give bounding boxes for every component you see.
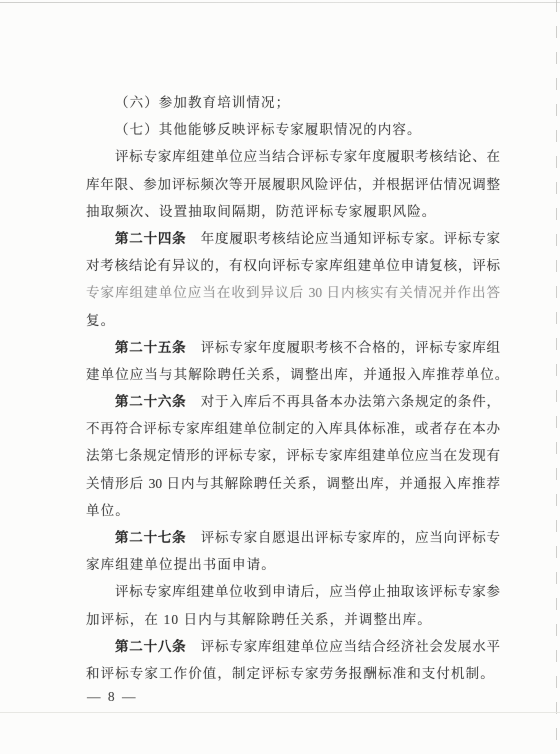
scanned-document-page: （六）参加教育培训情况；（七）其他能够反映评标专家履职情况的内容。评标专家库组建… — [0, 0, 560, 754]
text-line: 关情形后 30 日内与其解除聘任关系，调整出库，并通报入库推荐 — [86, 470, 500, 497]
text-line: 复。 — [86, 307, 500, 334]
page-edge-top-line — [0, 2, 560, 3]
text-line: 单位。 — [86, 497, 500, 524]
article-number: 第二十七条 — [115, 530, 186, 545]
text-line: 加评标，在 10 日内与其解除聘任关系，并调整出库。 — [86, 606, 500, 633]
page-edge-bottom-line — [0, 712, 560, 713]
text-line: 抽取频次、设置抽取间隔期，防范评标专家履职风险。 — [86, 198, 500, 225]
document-text: （六）参加教育培训情况；（七）其他能够反映评标专家履职情况的内容。评标专家库组建… — [86, 89, 500, 687]
article-number: 第二十六条 — [115, 394, 186, 409]
text-line: 家库组建单位提出书面申请。 — [86, 551, 500, 578]
text-line: （六）参加教育培训情况； — [86, 89, 500, 116]
text-line: 不再符合评标专家库组建单位制定的入库具体标准，或者存在本办 — [86, 415, 500, 442]
text-line: 建单位应当与其解除聘任关系，调整出库，并通报入库推荐单位。 — [86, 361, 500, 388]
text-line: 对考核结论有异议的，有权向评标专家库组建单位申请复核，评标 — [86, 252, 500, 279]
text-line: 库年限、参加评标频次等开展履职风险评估，并根据评估情况调整 — [86, 171, 500, 198]
text-line: 和评标专家工作价值，制定评标专家劳务报酬标准和支付机制。 — [86, 660, 500, 687]
text-line: 第二十六条 对于入库后不再具备本办法第六条规定的条件， — [86, 388, 500, 415]
page-number: — 8 — — [87, 689, 138, 705]
text-line: 第二十七条 评标专家自愿退出评标专家库的，应当向评标专 — [86, 524, 500, 551]
text-line: 第二十八条 评标专家库组建单位应当结合经济社会发展水平 — [86, 633, 500, 660]
text-line: 法第七条规定情形的评标专家，评标专家库组建单位应当在发现有 — [86, 442, 500, 469]
text-line: 第二十四条 年度履职考核结论应当通知评标专家。评标专家 — [86, 225, 500, 252]
text-line: 专家库组建单位应当在收到异议后 30 日内核实有关情况并作出答 — [86, 279, 500, 306]
text-line: 第二十五条 评标专家年度履职考核不合格的，评标专家库组 — [86, 334, 500, 361]
article-number: 第二十四条 — [115, 231, 186, 246]
text-line: （七）其他能够反映评标专家履职情况的内容。 — [86, 116, 500, 143]
text-line: 评标专家库组建单位收到申请后，应当停止抽取该评标专家参 — [86, 578, 500, 605]
page-edge-right-line — [556, 0, 557, 754]
article-number: 第二十八条 — [115, 639, 186, 654]
text-line: 评标专家库组建单位应当结合评标专家年度履职考核结论、在 — [86, 143, 500, 170]
article-number: 第二十五条 — [115, 340, 186, 355]
